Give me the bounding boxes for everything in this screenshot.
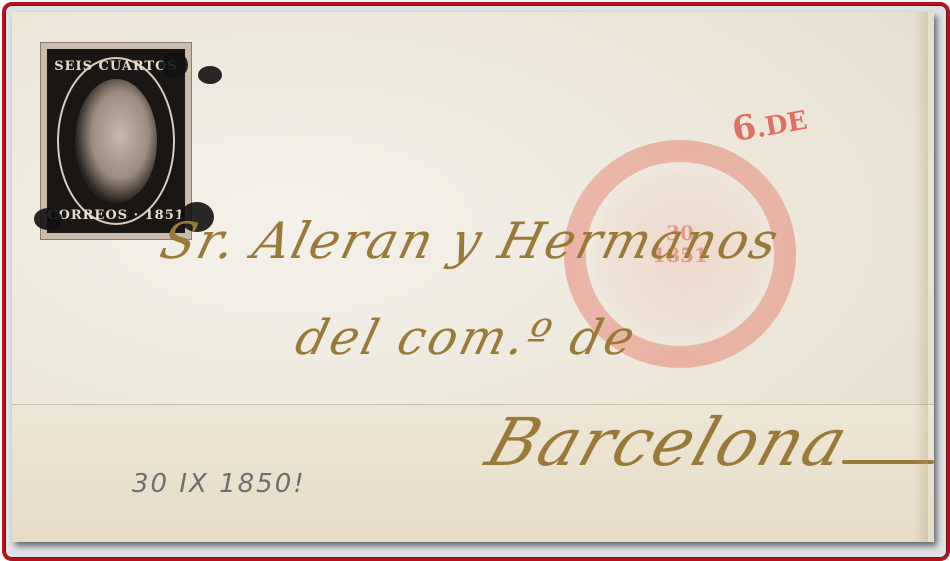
stamp-bottom-text: CORREOS · 1851	[47, 208, 185, 223]
pencil-note: 30 IX 1850!	[132, 469, 306, 499]
cancel-mark	[34, 208, 62, 230]
stamp-design: SEIS CUARTOS CORREOS · 1851	[47, 49, 185, 233]
address-city: Barcelona	[477, 404, 858, 481]
address-line-2: del com.º de	[290, 310, 643, 366]
address-line-1: Sr. Aleran y Hermanos	[155, 212, 786, 270]
queen-portrait	[75, 79, 157, 203]
postal-cover: SEIS CUARTOS CORREOS · 1851 30 1851 6.DE…	[12, 12, 934, 542]
flourish	[842, 460, 934, 464]
cancel-mark	[198, 66, 222, 84]
rate-handstamp: 6.DE	[729, 98, 810, 150]
cancel-mark	[162, 52, 188, 78]
